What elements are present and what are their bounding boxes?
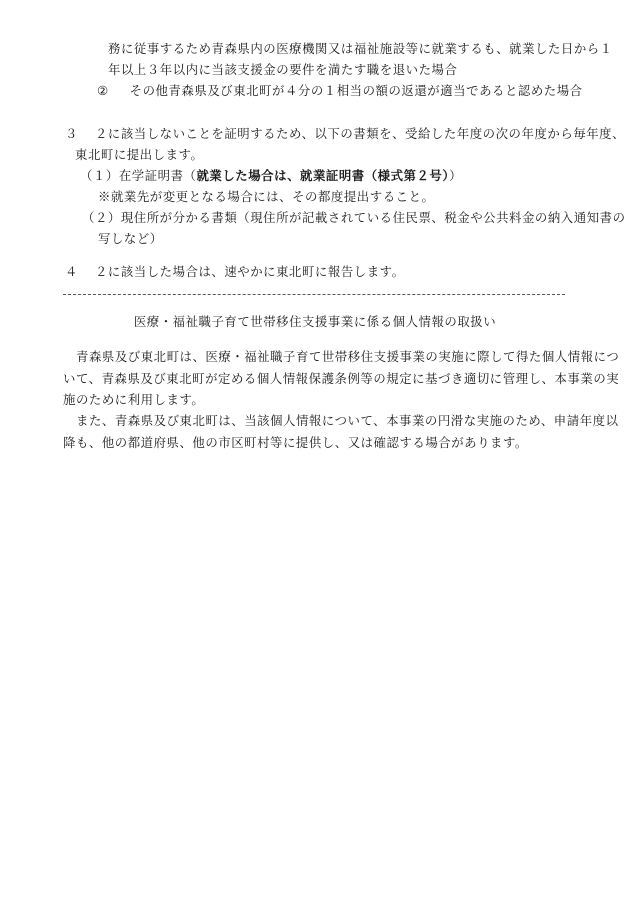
privacy-title: 医療・福祉職子育て世帯移住支援事業に係る個人情報の取扱い bbox=[0, 314, 630, 330]
item2-marker: （２） bbox=[82, 210, 121, 225]
privacy-para1-line2: いて、青森県及び東北町が定める個人情報保護条例等の規定に基づき適切に管理し、本事… bbox=[63, 371, 619, 387]
privacy-para1-line1: 青森県及び東北町は、医療・福祉職子育て世帯移住支援事業の実施に際して得た個人情報… bbox=[76, 349, 619, 365]
section3-item1: （１）在学証明書（就業した場合は、就業証明書（様式第２号）） bbox=[80, 168, 462, 184]
section4: ４ ２に該当した場合は、速やかに東北町に報告します。 bbox=[65, 264, 405, 280]
section2-line2: 年以上３年以内に当該支援金の要件を満たす職を退いた場合 bbox=[108, 62, 457, 78]
section3-line1: ２に該当しないことを証明するため、以下の書類を、受給した年度の次の年度から毎年度… bbox=[95, 126, 625, 141]
section3-item1-note: ※就業先が変更となる場合には、その都度提出すること。 bbox=[98, 189, 434, 205]
item1-marker: （１） bbox=[80, 168, 119, 183]
section4-text: ２に該当した場合は、速やかに東北町に報告します。 bbox=[95, 264, 405, 279]
section3-number: ３ bbox=[65, 126, 78, 141]
item1-text-prefix: 在学証明書（ bbox=[119, 168, 197, 183]
item1-text-bold: 就業した場合は、就業証明書（様式第２号） bbox=[196, 168, 449, 183]
dashed-separator bbox=[63, 294, 565, 295]
privacy-para1-line3: 施のために利用します。 bbox=[63, 392, 204, 408]
item2-marker: ② bbox=[97, 83, 109, 98]
privacy-para2-line1: また、青森県及び東北町は、当該個人情報について、本事業の円滑な実施のため、申請年… bbox=[76, 413, 619, 429]
item2-text: その他青森県及び東北町が４分の１相当の額の返還が適当であると認めた場合 bbox=[130, 83, 583, 98]
section2-line1: 務に従事するため青森県内の医療機関又は福祉施設等に就業するも、就業した日から１ bbox=[108, 41, 613, 57]
section3-line2: 東北町に提出します。 bbox=[75, 147, 203, 163]
section2-item2: ② その他青森県及び東北町が４分の１相当の額の返還が適当であると認めた場合 bbox=[97, 83, 583, 99]
section3-item2-cont: 写しなど） bbox=[98, 231, 163, 247]
section4-number: ４ bbox=[65, 264, 78, 279]
item2-text: 現住所が分かる書類（現住所が記載されている住民票、税金や公共料金の納入通知書の bbox=[121, 210, 626, 225]
privacy-para2-line2: 降も、他の都道府県、他の市区町村等に提供し、又は確認する場合があります。 bbox=[63, 435, 528, 451]
section3-heading: ３ ２に該当しないことを証明するため、以下の書類を、受給した年度の次の年度から毎… bbox=[65, 126, 625, 142]
section3-item2: （２）現住所が分かる書類（現住所が記載されている住民票、税金や公共料金の納入通知… bbox=[82, 210, 626, 226]
item1-text-suffix: ） bbox=[449, 168, 462, 183]
